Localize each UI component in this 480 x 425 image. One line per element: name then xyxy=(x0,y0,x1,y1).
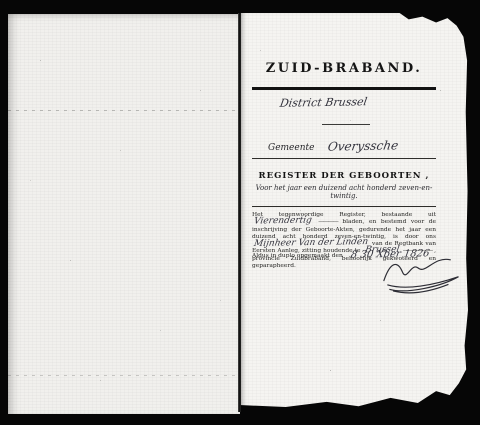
handwritten-district: District Brussel xyxy=(279,95,368,110)
thick-divider-rule xyxy=(252,87,436,90)
gemeente-row: Gemeente Overyssche xyxy=(268,135,398,154)
thin-divider-rule xyxy=(252,206,436,207)
gemeente-label: Gemeente xyxy=(268,143,314,153)
paper-fold-line xyxy=(8,110,240,111)
closing-text: Aldus in duplo opgemaakt den xyxy=(252,253,343,259)
scanned-register-page: { "colors": { "paper": "#f2f1ee", "ink":… xyxy=(0,0,480,425)
left-blank-page xyxy=(8,14,240,414)
register-title: REGISTER DER GEBOORTEN , xyxy=(252,171,436,181)
right-title-page: ZUID-BRABAND. District Brussel Gemeente … xyxy=(240,13,468,409)
register-year-line: Voor het jaar een duizend acht honderd z… xyxy=(252,184,436,200)
signature-flourish-icon xyxy=(379,249,463,301)
short-divider-rule xyxy=(322,124,370,125)
handwritten-gemeente: Overyssche xyxy=(326,138,399,153)
fill-line: ———— xyxy=(318,219,338,225)
scan-noise-specks xyxy=(0,0,1,1)
handwritten-sheet-count: Vierendertig xyxy=(254,219,313,225)
book-spine xyxy=(238,13,241,412)
region-header: ZUID-BRABAND. xyxy=(252,61,436,76)
handwritten-official-name: Mijnheer Van der Linden xyxy=(253,240,368,247)
thin-divider-rule xyxy=(252,158,436,159)
paper-fold-line xyxy=(8,375,240,376)
